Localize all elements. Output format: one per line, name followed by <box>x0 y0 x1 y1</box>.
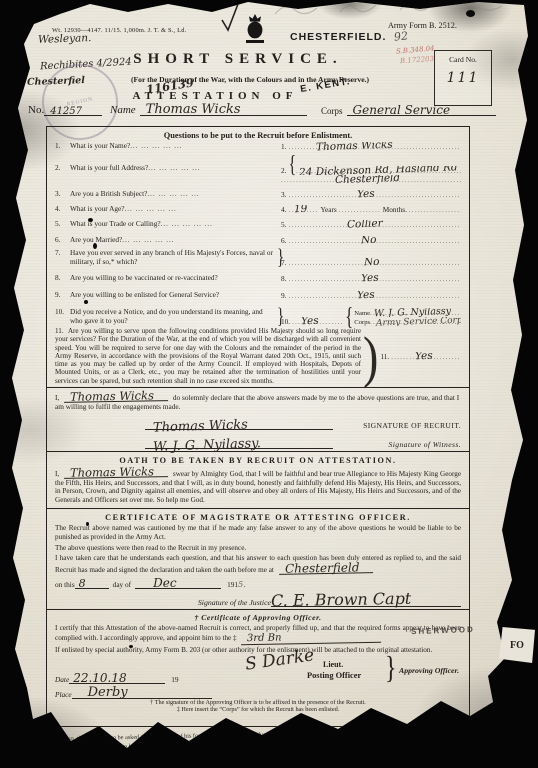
ink-speck <box>129 645 133 648</box>
corps-field: General Service <box>347 103 496 116</box>
a4-value: 19 <box>294 205 308 214</box>
brace: } <box>277 304 284 331</box>
q10-number: 10. <box>55 308 70 317</box>
pencil-scribble <box>270 0 520 20</box>
footnote-line3: re-enlisted in the (Regiment) <box>58 751 129 759</box>
date-field: 22.10.18 <box>69 672 165 684</box>
footnote-dagger: † The signature of the Approving Officer… <box>55 699 461 706</box>
brace: } <box>385 652 397 687</box>
questions-title: Questions to be put to the Recruit befor… <box>55 131 461 140</box>
declaration-name: Thomas Wicks <box>64 390 168 403</box>
q8-label: Are you willing to be vaccinated or re-v… <box>70 274 218 283</box>
a1-value: Thomas Wicks <box>316 142 393 151</box>
magistrate-heading: CERTIFICATE OF MAGISTRATE OR ATTESTING O… <box>55 513 461 522</box>
no-label: No. <box>28 104 44 116</box>
approving-section: † Certificate of Approving Officer. SHER… <box>47 609 469 715</box>
approving-officer-label: Approving Officer. <box>399 666 459 675</box>
a10-name-value: W. J. G. Nyilassy <box>374 308 451 317</box>
month-field: Dec <box>135 577 221 589</box>
q7-label: Have you ever served in any branch of Hi… <box>70 249 275 266</box>
question-row-11: 11. Are you willing to serve upon the fo… <box>55 327 461 385</box>
a10-corps-value: Army Service Corps <box>375 317 461 326</box>
scanned-document: Wt. 12930—4147. 11/15. 1,000m. J. T. & S… <box>0 0 538 768</box>
a11-value: Yes <box>415 352 433 361</box>
a10-value: Yes <box>301 317 319 326</box>
brace: } <box>277 245 284 272</box>
a11-number: 11. <box>380 352 389 361</box>
name-label: Name <box>110 104 136 116</box>
date-year-printed: 19 <box>171 675 178 684</box>
magistrate-section: CERTIFICATE OF MAGISTRATE OR ATTESTING O… <box>47 508 469 609</box>
dotted-line: ........................................… <box>339 207 381 214</box>
q10-label: Did you receive a Notice, and do you und… <box>70 308 275 325</box>
dot-leaders: ... ... ... ... ... <box>122 236 281 245</box>
footnote-line1: * If so, the Recruit is to be asked the … <box>58 727 441 742</box>
card-no-value: 111 <box>435 70 491 86</box>
recruit-identity-line: No. 41257 Name Thomas Wicks Corps Genera… <box>28 103 496 116</box>
day-value: 8 <box>79 577 86 590</box>
witness-signature: W. J. G. Nyilassy. <box>153 439 261 452</box>
appointed-corps-value: 3rd Bn <box>241 632 381 645</box>
month-value: Dec <box>153 576 176 590</box>
sherwood-stamp: SHERWOOD <box>411 625 475 636</box>
witness-signature-line: W. J. G. Nyilassy. <box>145 435 333 449</box>
q1-label: What is your Name? <box>70 142 130 151</box>
question-row-2: 2.What is your full Address?... ... ... … <box>55 152 461 184</box>
declaration-pre: I, <box>55 393 59 402</box>
q3-label: Are you a British Subject? <box>70 190 147 199</box>
magistrate-para2: The above questions were then read to th… <box>55 544 461 553</box>
oath-section: OATH TO BE TAKEN BY RECRUIT ON ATTESTATI… <box>47 451 469 508</box>
a2-line2: Chesterfield <box>335 175 401 184</box>
question-row-8: 8.Are you willing to be vaccinated or re… <box>55 268 461 283</box>
dot-leaders: ... ... ... ... ... <box>161 220 281 229</box>
place-field: Derby <box>72 687 212 699</box>
form-number: Army Form B. 2512. <box>388 21 457 30</box>
stamp-suffix-handwriting: 92 <box>393 29 408 43</box>
q4-number: 4. <box>55 205 70 214</box>
recruit-signature: Thomas Wicks <box>153 420 248 432</box>
scrap-fo-text: FO <box>510 640 524 651</box>
a3-value: Yes <box>357 190 375 199</box>
corps-value: General Service <box>353 103 451 117</box>
magistrate-para1: The Recruit above named was cautioned by… <box>55 524 461 541</box>
a2-line1: 24 Dickenson Rd, Hasland Rd <box>299 166 458 175</box>
ink-blot <box>466 10 475 17</box>
q7-number: 7. <box>55 249 70 258</box>
recruit-signature-row: Thomas Wicks SIGNATURE OF RECRUIT. <box>55 416 461 430</box>
card-number-box: Card No. 111 <box>434 50 492 106</box>
q11-body: For the Duration of the War, at the end … <box>55 335 361 384</box>
a8-number: 8. <box>281 274 286 283</box>
oath-heading: OATH TO BE TAKEN BY RECRUIT ON ATTESTATI… <box>55 456 461 465</box>
declaration-section: I, Thomas Wicks do solemnly declare that… <box>47 387 469 451</box>
justice-signature-line: C. E. Brown Capt <box>271 591 461 607</box>
question-row-4: 4.What is your Age?... ... ... ... ... 4… <box>55 200 461 214</box>
card-no-label: Card No. <box>435 55 491 64</box>
oath-name: Thomas Wicks <box>64 466 168 479</box>
q4-label: What is your Age? <box>70 205 125 214</box>
approving-para1: I certify that this Attestation of the a… <box>55 624 461 644</box>
on-this-label: on this <box>55 580 75 589</box>
magistrate-para3: I have taken care that he understands ea… <box>55 554 461 574</box>
years-label: Years <box>320 205 336 214</box>
a5-number: 5. <box>281 220 286 229</box>
name-value: Thomas Wicks <box>146 102 241 117</box>
question-row-10: 10.Did you receive a Notice, and do you … <box>55 301 461 326</box>
magistrate-para3-text: I have taken care that he understands ea… <box>55 554 461 574</box>
q5-label: What is your Trade or Calling? <box>70 220 161 229</box>
q5-number: 5. <box>55 220 70 229</box>
a6-value: No <box>361 236 377 245</box>
questions-section: Questions to be put to the Recruit befor… <box>47 127 469 387</box>
place-label: Place <box>55 690 72 699</box>
ink-speck <box>84 300 88 304</box>
q6-number: 6. <box>55 236 70 245</box>
a1-number: 1. <box>281 142 286 151</box>
question-row-5: 5.What is your Trade or Calling?... ... … <box>55 215 461 229</box>
declaration-paragraph: I, Thomas Wicks do solemnly declare that… <box>55 391 461 411</box>
footnote-double-dagger: ‡ Here insert the “Corps” for which the … <box>55 706 461 713</box>
justice-label: Signature of the Justice <box>198 598 271 607</box>
q2-number: 2. <box>55 164 70 173</box>
q9-label: Are you willing to be enlisted for Gener… <box>70 291 219 300</box>
a4-number: 4. <box>281 205 286 214</box>
posting-officer-label: Posting Officer <box>307 671 361 680</box>
royal-crest-icon <box>244 14 266 44</box>
witness-signature-row: W. J. G. Nyilassy. Signature of Witness. <box>55 435 461 449</box>
dot-leaders: ... ... ... ... ... <box>148 164 281 173</box>
question-row-3: 3.Are you a British Subject?... ... ... … <box>55 185 461 199</box>
recruit-signature-label: SIGNATURE OF RECRUIT. <box>333 421 461 430</box>
ink-speck <box>86 522 89 526</box>
ink-speck <box>88 218 93 222</box>
question-row-9: 9.Are you willing to be enlisted for Gen… <box>55 284 461 300</box>
question-row-6: 6.Are you Married?... ... ... ... ... 6.… <box>55 230 461 245</box>
brace: ) <box>363 323 378 389</box>
year-printed: 191 <box>227 580 238 589</box>
a9-value: Yes <box>357 291 375 300</box>
dot-leaders: ... ... ... ... ... <box>125 205 281 214</box>
place-row: Place Derby <box>55 687 461 699</box>
witness-signature-label: Signature of Witness. <box>333 440 461 449</box>
q3-number: 3. <box>55 190 70 199</box>
form-body-box: Questions to be put to the Recruit befor… <box>46 126 470 727</box>
a2-number: 2. <box>281 166 286 175</box>
dotted-line: ........................................… <box>409 207 461 214</box>
day-field: 8 <box>75 577 109 589</box>
months-label: Months. <box>383 205 407 214</box>
footnote-line2b: of the (Date) <box>349 737 381 745</box>
justice-signature: C. E. Brown Capt <box>271 589 412 610</box>
date-value: 22.10.18 <box>73 671 126 685</box>
dot-leaders: ... ... ... ... ... <box>130 142 281 151</box>
torn-scrap-fo: FO <box>499 627 535 663</box>
a7-value: No <box>364 258 380 267</box>
oath-lead: swear by Almighty God, that <box>173 470 257 478</box>
q8-number: 8. <box>55 274 70 283</box>
question-row-7: 7.Have you ever served in any branch of … <box>55 246 461 267</box>
a9-number: 9. <box>281 291 286 300</box>
oath-pre: I, <box>55 470 59 478</box>
dot-leaders: ... ... ... ... ... <box>147 190 281 199</box>
approving-date-row: Date 22.10.18 19 S Darke Lieut. Posting … <box>55 658 461 684</box>
q9-number: 9. <box>55 291 70 300</box>
name-field: Thomas Wicks <box>140 103 307 116</box>
former-service-footnote: * If so, the Recruit is to be asked the … <box>58 727 488 761</box>
paper-sheet: Wt. 12930—4147. 11/15. 1,000m. J. T. & S… <box>0 0 538 768</box>
a5-value: Collier <box>347 220 383 229</box>
no-field: 41257 <box>44 103 102 116</box>
q2-label: What is your full Address? <box>70 164 148 173</box>
rank-label: Lieut. <box>323 660 343 669</box>
q11-number: 11. <box>55 327 64 335</box>
attestation-place: Chesterfield <box>279 562 374 575</box>
q11-paragraph: 11. Are you willing to serve upon the fo… <box>55 327 361 385</box>
year-handwritten: 5. <box>238 580 246 589</box>
wesleyan-annotation: Wesleyan. <box>38 32 92 46</box>
question-row-1: 1.What is your Name?... ... ... ... ... … <box>55 142 461 151</box>
footnote-line2: which should be returned to him conspicu… <box>58 739 293 751</box>
a10-name-label: Name <box>354 310 370 317</box>
attestation-date-line: on this 8 day of Dec 191 5. <box>55 577 461 589</box>
approving-heading: † Certificate of Approving Officer. <box>55 613 461 622</box>
oath-paragraph: I, Thomas Wicks swear by Almighty God, t… <box>55 467 461 504</box>
chesterfield-stamp: CHESTERFIELD. <box>290 31 386 43</box>
day-of-label: day of <box>113 580 131 589</box>
place-value: Derby <box>88 685 128 700</box>
brace: { <box>345 304 353 331</box>
date-label: Date <box>55 675 69 684</box>
pen-checkmark <box>218 2 242 34</box>
ink-speck <box>93 243 97 249</box>
justice-signature-row: Signature of the Justice C. E. Brown Cap… <box>55 591 461 607</box>
a8-value: Yes <box>361 274 379 283</box>
q1-number: 1. <box>55 142 70 151</box>
no-value: 41257 <box>50 106 82 117</box>
a3-number: 3. <box>281 190 286 199</box>
recruit-signature-line: Thomas Wicks <box>145 416 333 430</box>
corps-label: Corps <box>321 106 343 116</box>
